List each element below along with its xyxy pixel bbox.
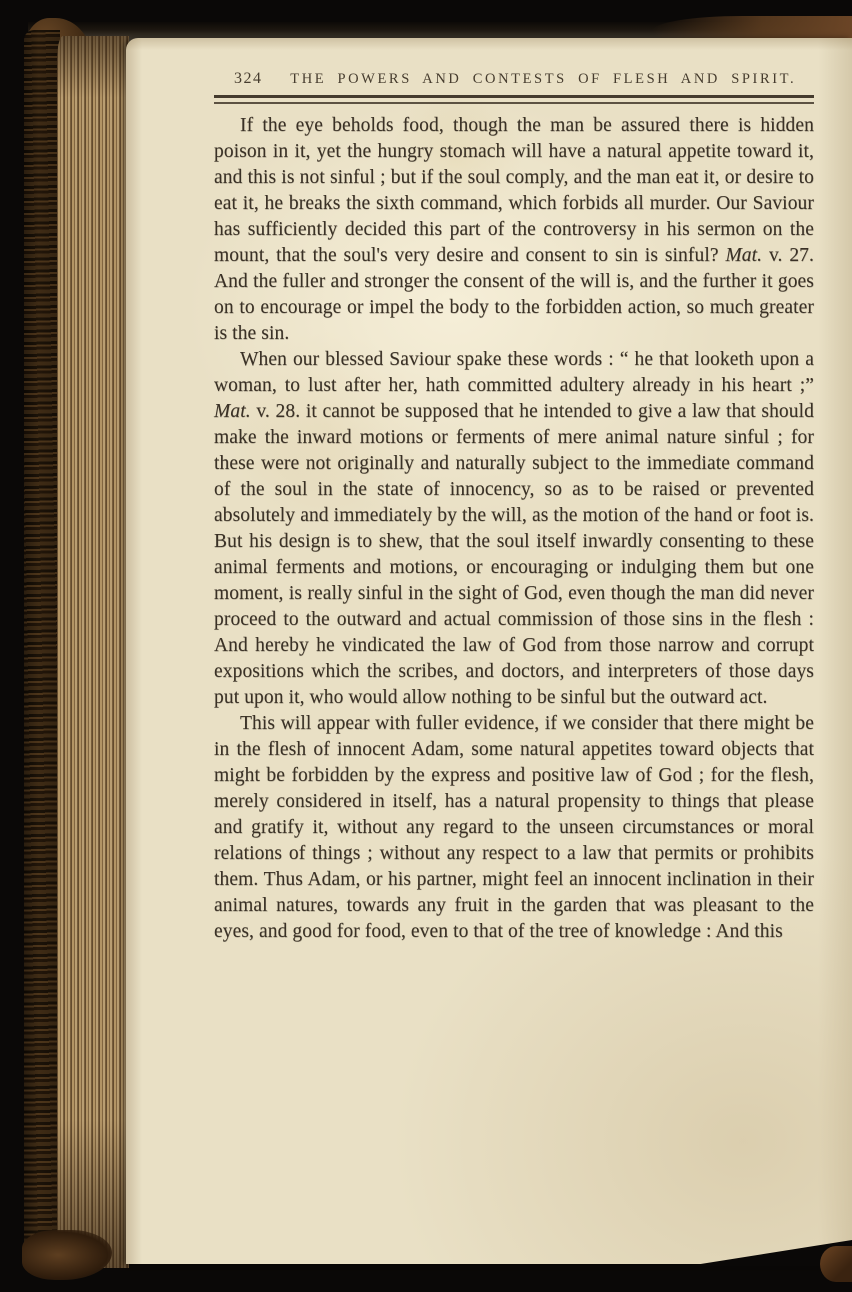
paragraph: This will appear with fuller evidence, i… — [214, 711, 814, 945]
page-text: If the eye beholds food, though the man … — [214, 113, 814, 945]
printed-page-content: 324 THE POWERS AND CONTESTS OF FLESH AND… — [126, 38, 852, 1264]
paragraph-text: If the eye beholds food, though the man … — [214, 115, 814, 266]
paragraph-text: v. 28. it cannot be supposed that he int… — [214, 401, 814, 708]
scripture-citation: Mat. — [725, 245, 762, 266]
book-page-edges — [57, 36, 129, 1268]
paragraph: If the eye beholds food, though the man … — [214, 113, 814, 347]
book-cover-corner-bottom-left — [22, 1230, 112, 1280]
paragraph: When our blessed Saviour spake these wor… — [214, 347, 814, 711]
running-header-title: THE POWERS AND CONTESTS OF FLESH AND SPI… — [263, 71, 815, 88]
scripture-citation: Mat. — [214, 401, 251, 422]
paragraph-text: When our blessed Saviour spake these wor… — [214, 349, 814, 396]
page-header: 324 THE POWERS AND CONTESTS OF FLESH AND… — [214, 70, 814, 88]
book-spine — [24, 30, 60, 1266]
paragraph-text: This will appear with fuller evidence, i… — [214, 713, 814, 942]
page-number: 324 — [214, 70, 263, 88]
header-double-rule — [214, 95, 814, 104]
